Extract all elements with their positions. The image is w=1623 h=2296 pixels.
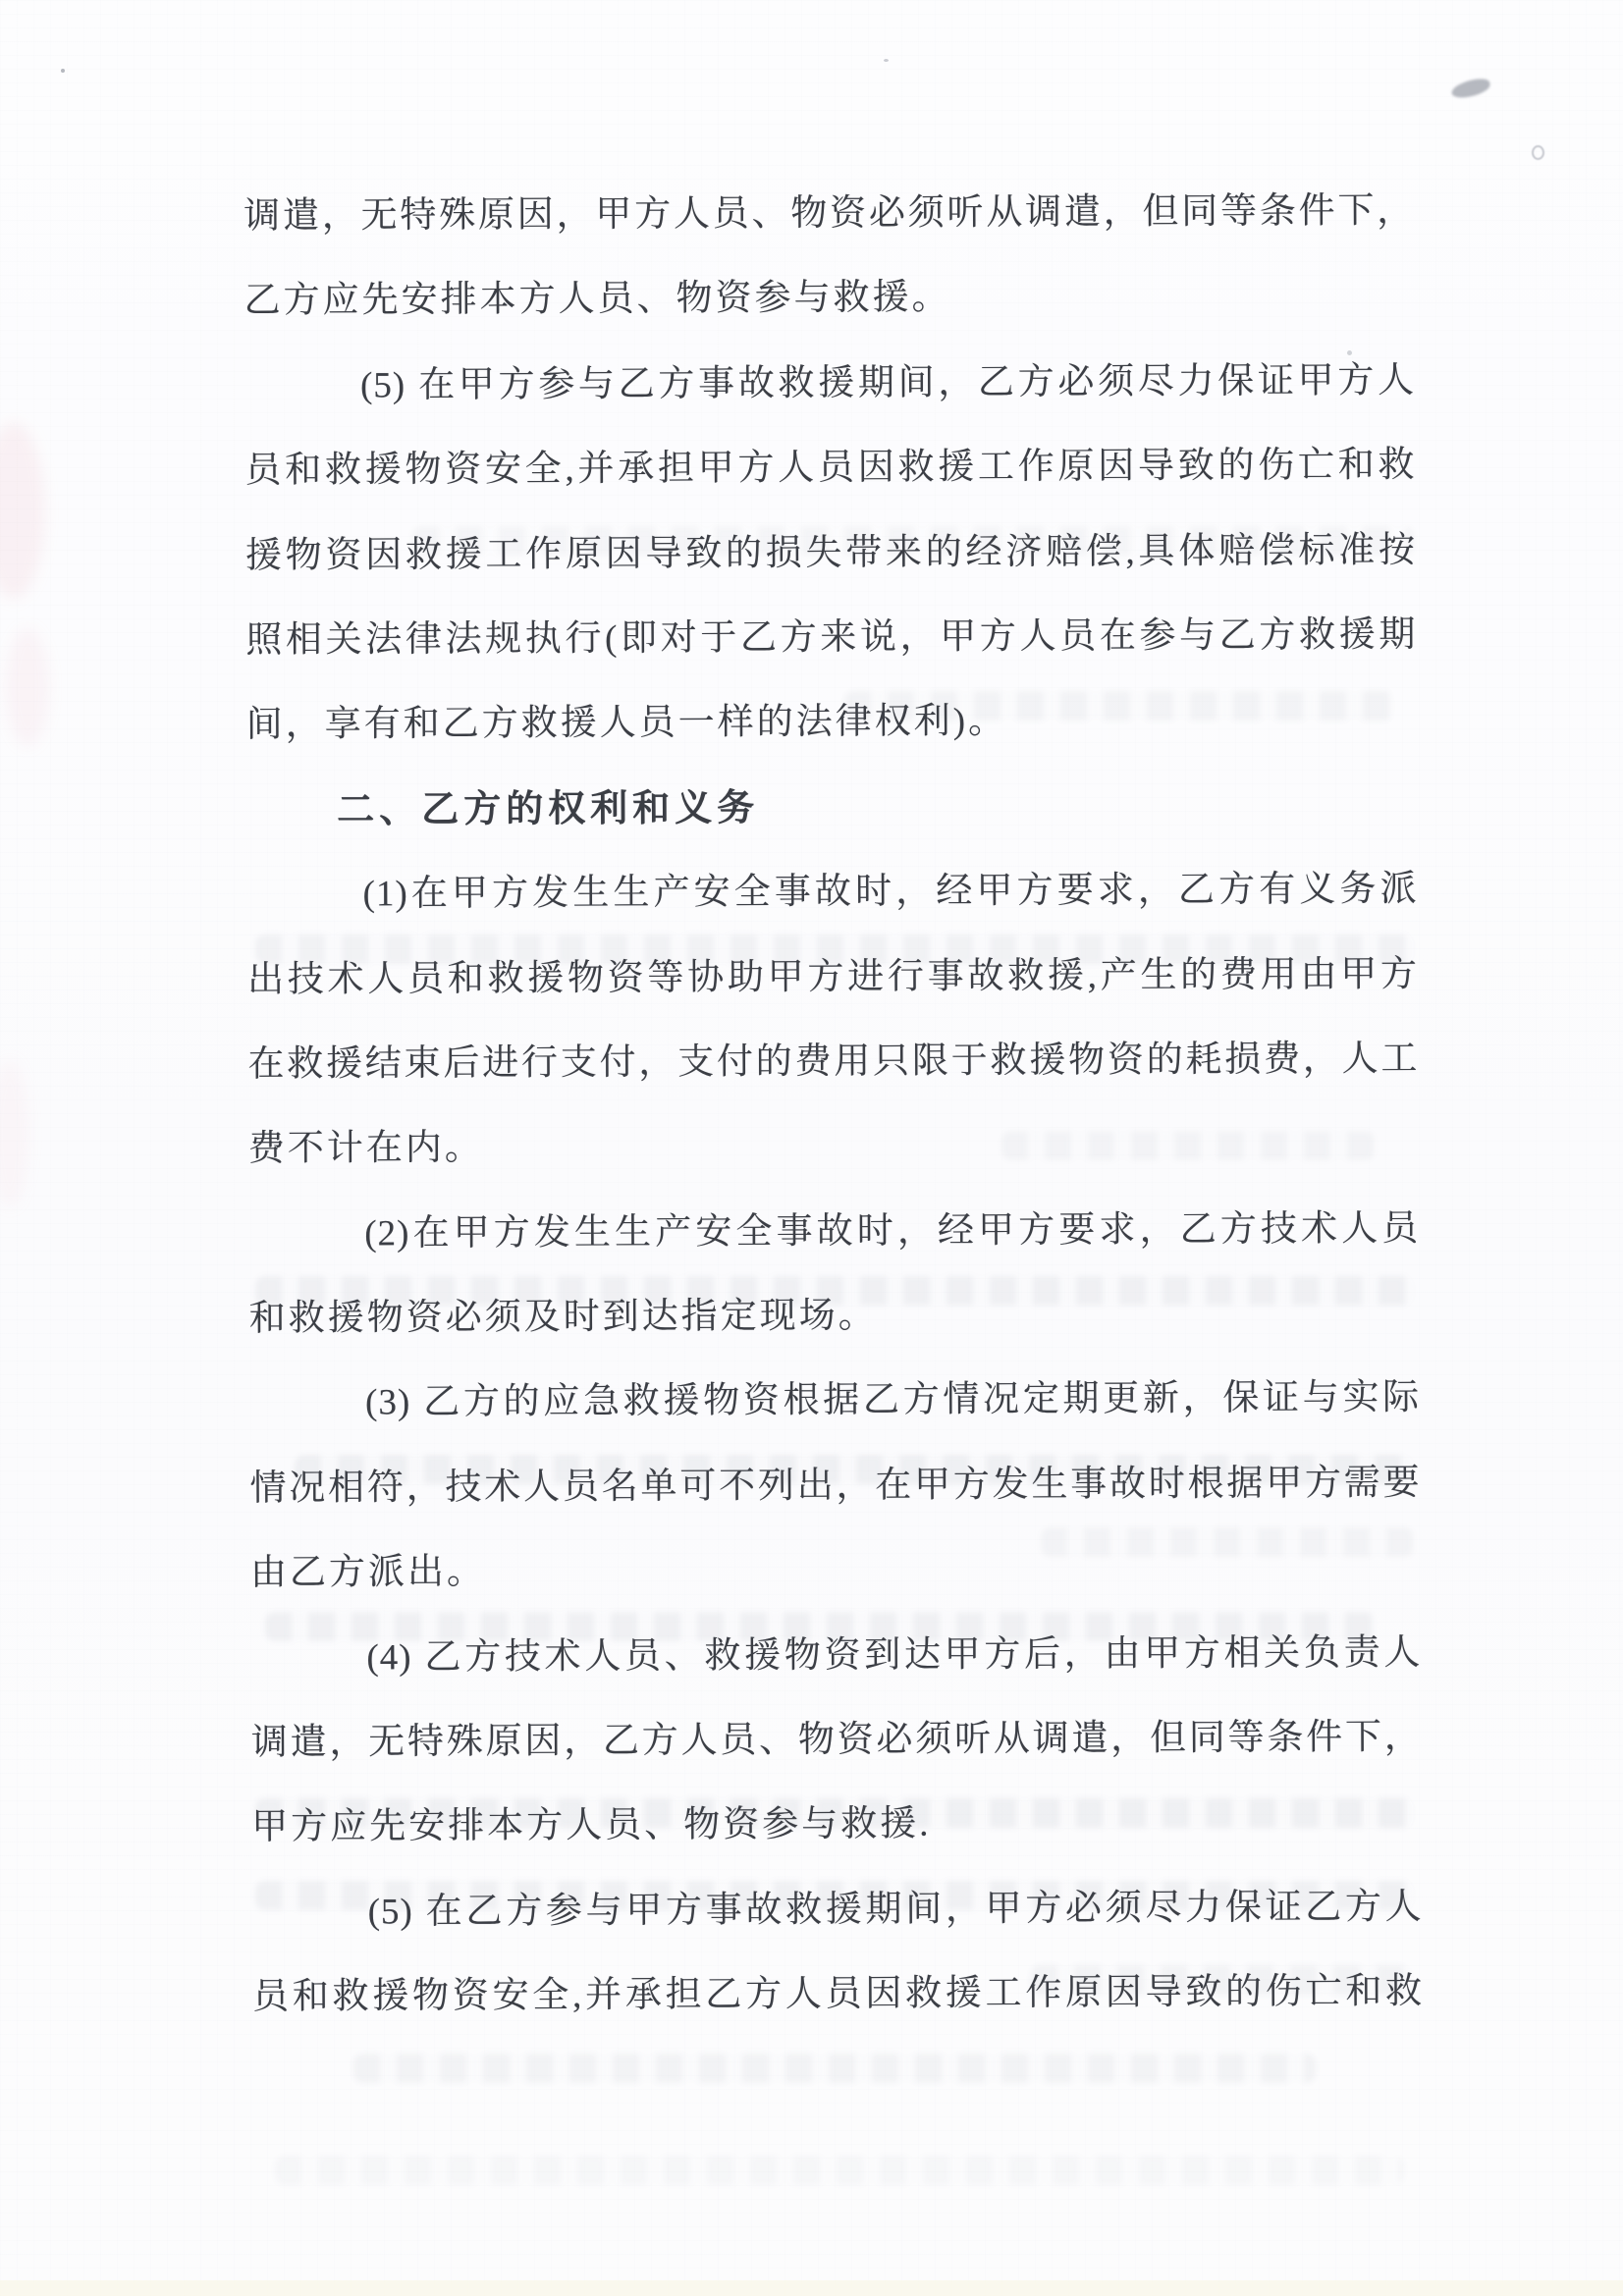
text-line: 员和救援物资安全,并承担乙方人员因救援工作原因导致的伤亡和救 (252, 1949, 1423, 2040)
bleed-through-artifact (275, 2156, 1404, 2185)
pink-margin-stain (0, 422, 45, 599)
clause-5-party-a-start: (5) 在甲方参与乙方事故救援期间，乙方必须尽力保证甲方人 (244, 339, 1415, 429)
clause-2-start: (2)在甲方发生生产安全事故时，经甲方要求，乙方技术人员 (248, 1187, 1419, 1277)
text-line: 调遣，无特殊原因，甲方人员、物资必须听从调遣，但同等条件下， (243, 169, 1414, 259)
text-line: 由乙方派出。 (250, 1525, 1421, 1616)
section-heading-party-b-rights: 二、乙方的权利和义务 (246, 763, 1417, 853)
text-line: 出技术人员和救援物资等协助甲方进行事故救援,产生的费用由甲方 (247, 933, 1418, 1023)
text-line: 乙方应先安排本方人员、物资参与救援。 (243, 254, 1414, 345)
bleed-through-artifact (353, 2054, 1316, 2083)
scanned-document: { "document_kind": "scanned-contract-pag… (0, 0, 1623, 2296)
document-page: 调遣，无特殊原因，甲方人员、物资必须听从调遣，但同等条件下， 乙方应先安排本方人… (0, 0, 1623, 2296)
text-line: 员和救援物资安全,并承担甲方人员因救援工作原因导致的伤亡和救 (244, 423, 1415, 513)
scan-speck (1532, 145, 1544, 160)
page-bottom-edge (0, 2280, 1623, 2296)
pink-margin-stain (6, 628, 49, 746)
text-line: 甲方应先安排本方人员、物资参与救援. (251, 1781, 1422, 1871)
text-line: 在救援结束后进行支付，支付的费用只限于救援物资的耗损费，人工 (247, 1017, 1418, 1107)
text-line: 调遣，无特殊原因，乙方人员、物资必须听从调遣，但同等条件下， (251, 1695, 1422, 1786)
clause-3-start: (3) 乙方的应急救援物资根据乙方情况定期更新，保证与实际 (249, 1357, 1420, 1447)
clause-1-start: (1)在甲方发生生产安全事故时，经甲方要求，乙方有义务派 (246, 847, 1417, 937)
clause-5-party-b-start: (5) 在乙方参与甲方事故救援期间，甲方必须尽力保证乙方人 (251, 1865, 1422, 1955)
text-line: 间，享有和乙方救援人员一样的法律权利)。 (246, 678, 1417, 769)
text-line: 情况相符，技术人员名单可不列出，在甲方发生事故时根据甲方需要 (249, 1441, 1420, 1531)
pencil-smudge-mark (1450, 77, 1491, 100)
pink-margin-stain (0, 1060, 29, 1207)
clause-4-start: (4) 乙方技术人员、救援物资到达甲方后，由甲方相关负责人 (250, 1611, 1421, 1701)
text-line: 照相关法律法规执行(即对于乙方来说，甲方人员在参与乙方救援期 (245, 593, 1416, 683)
text-line: 费不计在内。 (248, 1101, 1419, 1192)
scan-speck (61, 69, 65, 73)
text-line: 援物资因救援工作原因导致的损失带来的经济赔偿,具体赔偿标准按 (245, 508, 1416, 599)
scan-speck (884, 59, 889, 62)
contract-text-block: 调遣，无特殊原因，甲方人员、物资必须听从调遣，但同等条件下， 乙方应先安排本方人… (243, 169, 1423, 2040)
text-line: 和救援物资必须及时到达指定现场。 (248, 1271, 1419, 1362)
